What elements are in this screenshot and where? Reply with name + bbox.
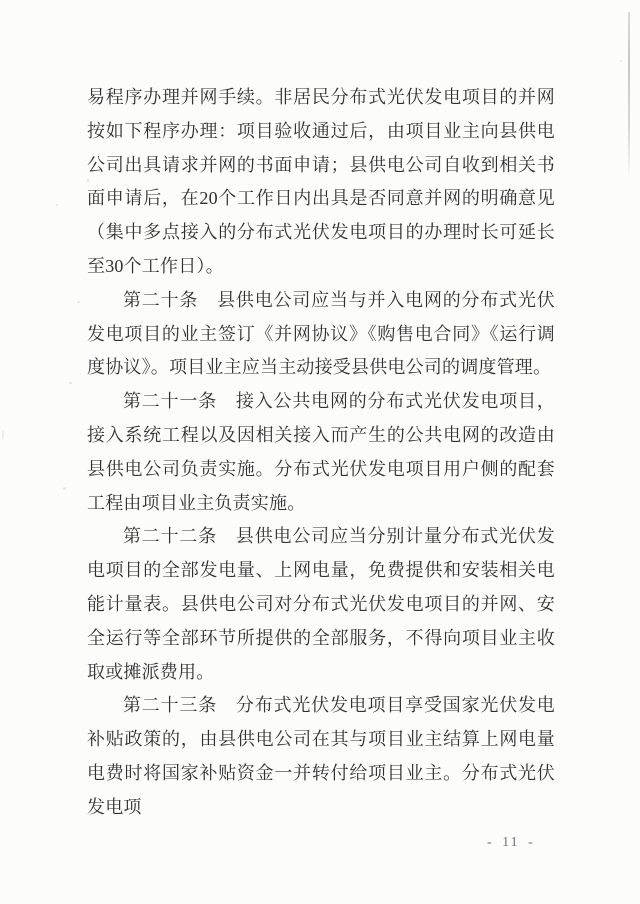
paragraph-text: 县供电公司应当分别计量分布式光伏发电项目的全部发电量、上网电量，免费提供和安装相… (87, 526, 555, 681)
scan-speck (77, 301, 80, 303)
scan-speck (620, 60, 622, 62)
scan-speck (56, 204, 58, 206)
article-number: 第二十二条 (123, 526, 217, 546)
page-number: - 11 - (487, 835, 535, 851)
paragraph: 第二十二条县供电公司应当分别计量分布式光伏发电项目的全部发电量、上网电量，免费提… (87, 520, 555, 689)
scan-speck (63, 487, 66, 490)
paragraph: 易程序办理并网手续。非居民分布式光伏发电项目的并网按如下程序办理：项目验收通过后… (87, 81, 555, 284)
paragraph: 第二十条县供电公司应当与并入电网的分布式光伏发电项目的业主签订《并网协议》《购售… (87, 284, 555, 385)
article-number: 第二十一条 (123, 391, 217, 411)
article-number: 第二十三条 (123, 695, 217, 715)
scan-artifact-line (628, 12, 630, 180)
document-body: 易程序办理并网手续。非居民分布式光伏发电项目的并网按如下程序办理：项目验收通过后… (87, 81, 555, 825)
article-number: 第二十条 (123, 290, 198, 310)
scan-speck (2, 430, 4, 440)
document-page: 易程序办理并网手续。非居民分布式光伏发电项目的并网按如下程序办理：项目验收通过后… (0, 0, 640, 904)
paragraph: 第二十三条分布式光伏发电项目享受国家光伏发电补贴政策的，由县供电公司在其与项目业… (87, 689, 555, 824)
paragraph: 第二十一条接入公共电网的分布式光伏发电项目，接入系统工程以及因相关接入而产生的公… (87, 385, 555, 520)
scan-speck (87, 179, 89, 182)
scan-speck (69, 382, 72, 384)
paragraph-text: 易程序办理并网手续。非居民分布式光伏发电项目的并网按如下程序办理：项目验收通过后… (87, 87, 555, 276)
